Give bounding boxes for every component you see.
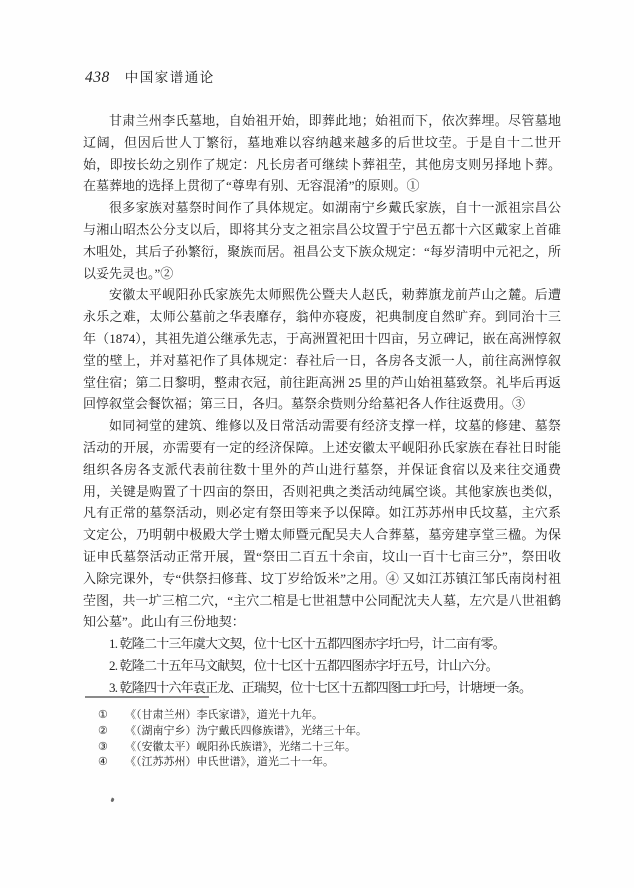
- page-header: 438中国家谱通论: [85, 66, 215, 87]
- footnote-2-marker: ②: [98, 724, 125, 740]
- page-number: 438: [85, 69, 110, 86]
- scan-artifact-mark: [110, 798, 114, 803]
- footnote-divider: [85, 696, 209, 698]
- deed-item-2: 2. 乾隆二十五年马文献契，位十七区十五都四图赤字圩五号，计山六分。: [83, 655, 561, 677]
- footnote-2-text: 《（湖南宁乡）沩宁戴氏四修族谱》，光绪三十年。: [125, 724, 538, 740]
- footnote-4: ④ 《（江苏苏州）申氏世谱》，道光二十一年。: [98, 755, 538, 771]
- footnote-1-text: 《（甘肃兰州）李氏家谱》，道光十九年。: [125, 708, 538, 724]
- footnotes-block: ① 《（甘肃兰州）李氏家谱》，道光十九年。 ② 《（湖南宁乡）沩宁戴氏四修族谱》…: [98, 708, 538, 771]
- paragraph-burial-ground-lanzhou: 甘肃兰州李氏墓地，自始祖开始，即葬此地；始祖而下，依次葬埋。尽管墓地辽阔，但因后…: [83, 110, 561, 197]
- deed-item-1: 1. 乾隆二十三年虞大文契，位十七区十五都四图赤字圩□号，计二亩有零。: [83, 633, 561, 655]
- footnote-4-text: 《（江苏苏州）申氏世谱》，道光二十一年。: [125, 755, 538, 771]
- footnote-2: ② 《（湖南宁乡）沩宁戴氏四修族谱》，光绪三十年。: [98, 724, 538, 740]
- footnote-4-marker: ④: [98, 755, 125, 771]
- footnote-3: ③ 《（安徽太平）岘阳孙氏族谱》，光绪二十三年。: [98, 740, 538, 756]
- footnote-3-marker: ③: [98, 740, 125, 756]
- paragraph-economic-support: 如同祠堂的建筑、维修以及日常活动需要有经济支撑一样，坟墓的修建、墓祭活动的开展，…: [83, 415, 561, 633]
- page-body: 甘肃兰州李氏墓地，自始祖开始，即葬此地；始祖而下，依次葬埋。尽管墓地辽阔，但因后…: [83, 110, 561, 699]
- book-page: 438中国家谱通论 甘肃兰州李氏墓地，自始祖开始，即葬此地；始祖而下，依次葬埋。…: [0, 0, 634, 888]
- footnote-1-marker: ①: [98, 708, 125, 724]
- paragraph-grave-rites-timing: 很多家族对墓祭时间作了具体规定。如湖南宁乡戴氏家族，自十一派祖宗昌公与湘山昭杰公…: [83, 197, 561, 284]
- footnote-3-text: 《（安徽太平）岘阳孙氏族谱》，光绪二十三年。: [125, 740, 538, 756]
- footnote-1: ① 《（甘肃兰州）李氏家谱》，道光十九年。: [98, 708, 538, 724]
- paragraph-anhui-sun-clan: 安徽太平岘阳孙氏家族先太师熙侁公暨夫人赵氏，勅葬旗龙前芦山之麓。后遭永乐之难，太…: [83, 284, 561, 415]
- book-title: 中国家谱通论: [125, 70, 215, 85]
